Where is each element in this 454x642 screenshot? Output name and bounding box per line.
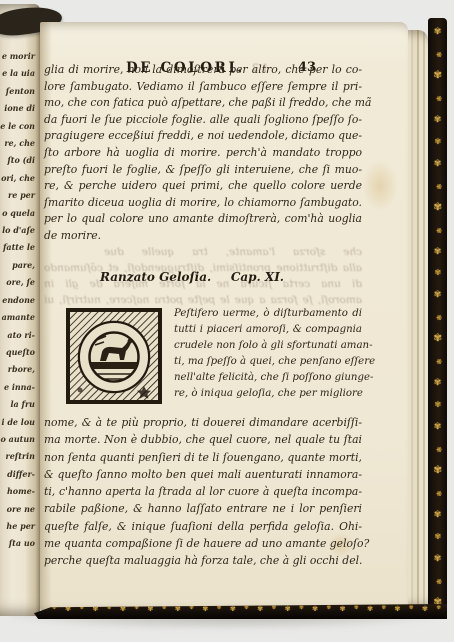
page-fragment-line: reſtrin [0, 448, 35, 465]
text-line: pragiugere ecceßiui freddi, e noi uedend… [44, 128, 362, 145]
gilt-ornament: ✾ [434, 423, 442, 432]
gilt-ornament: ✾ [434, 138, 441, 146]
page-fragment-line: he per [0, 518, 35, 535]
gilt-ornament: ✾ [381, 606, 386, 612]
page-stain [362, 160, 398, 212]
gilt-ornament: ✾ [434, 270, 441, 278]
gilt-ornament: ✾ [433, 71, 442, 81]
gilt-ornament: ✾ [395, 606, 401, 613]
text-line: me quanta compaßione ſi de hauere ad uno… [44, 535, 362, 552]
text-line: & queſto ſanno molto ben quei mali auent… [44, 466, 362, 483]
text-line: rabile paßione, & hanno laſſato entrare … [44, 500, 362, 517]
page-fragment-line: ore, ſe [0, 274, 35, 291]
text-line: perche queſta maluaggia hà forza tale, c… [44, 552, 362, 569]
gilt-ornament: ✾ [422, 606, 428, 613]
page-fragment-line: ione di [0, 100, 35, 117]
page-fragment-line: rbore, [0, 361, 35, 378]
gilt-ornament: ✾ [434, 511, 442, 520]
text-line: de morire. [44, 228, 362, 245]
text-line: lore ſambugato. Vediamo il ſambuco eſſer… [44, 79, 362, 96]
chapter-heading-title: Ranzato Geloſia. [100, 270, 211, 284]
gilt-ornament: ✾ [434, 491, 441, 497]
text-line: ſto arbore hà uoglia di morire. perch'à … [44, 145, 362, 162]
text-line: per lo qual colore uno amante dimoſtrerà… [44, 211, 362, 228]
page-fragment-line: e morir [0, 48, 35, 65]
page-fragment-line: home- [0, 483, 35, 500]
page-fragment-line: endone [0, 292, 35, 309]
fore-edge-pages [408, 30, 428, 608]
gilt-ornament: ✾ [299, 606, 304, 612]
gilt-ornament: ✾ [340, 606, 346, 613]
text-line: da fuori le ſue picciole foglie. alle qu… [44, 112, 362, 129]
gilt-ornament: ✾ [433, 203, 442, 213]
gilt-ornament: ✾ [189, 606, 194, 612]
gilt-ornament: ✾ [434, 315, 441, 321]
gilt-ornament: ✾ [434, 533, 441, 541]
book-photo: e morire la uiaſentonione die le conre, … [0, 0, 454, 642]
gilt-ornament: ✾ [434, 402, 441, 410]
page-fragment-line: e la uia [0, 65, 35, 82]
gilt-ornament: ✾ [230, 606, 236, 613]
page-fragment-line: ſta uo [0, 535, 35, 552]
main-page: DE COLORI. 1 2 43 glia di morire, non la… [40, 22, 408, 610]
gilt-ornament: ✾ [162, 606, 167, 612]
left-page-edge: e morire la uiaſentonione die le conre, … [0, 4, 40, 616]
gilt-ornament: ✾ [434, 116, 442, 125]
gilt-ornament: ✾ [434, 52, 441, 58]
page-fragment-line: e inna- [0, 379, 35, 396]
gilt-ornament: ✾ [257, 606, 263, 613]
page-fragment-line: o autun [0, 431, 35, 448]
paragraph-gelosia: O [44, 306, 362, 570]
gilt-ornament: ✾ [217, 606, 222, 612]
page-fragment-line: ſto (di [0, 152, 35, 169]
paragraph-gelosia-full-lines: nome, & à te più proprio, ti douerei dim… [44, 414, 362, 570]
page-fragment-line: amante [0, 309, 35, 326]
page-fragment-line: ſenton [0, 83, 35, 100]
gilt-cover-edge-right: ✾✾✾✾✾✾✾✾✾✾✾✾✾✾✾✾✾✾✾✾✾✾✾✾✾✾✾ [428, 18, 447, 618]
gilt-ornament: ✾ [434, 447, 441, 453]
page-fragment-line: differ- [0, 466, 35, 483]
gilt-ornament: ✾ [434, 248, 442, 257]
paragraph-sambugato: glia di morire, non la dimoſtrerà per al… [44, 62, 362, 245]
page-fragment-line: re per [0, 187, 35, 204]
gilt-ornament: ✾ [434, 160, 442, 169]
text-line: glia di morire, non la dimoſtrerà per al… [44, 62, 362, 79]
gilt-ornament: ✾ [202, 606, 208, 613]
page-fragment-line: i de lou [0, 414, 35, 431]
left-page-text-fragments: e morire la uiaſentonione die le conre, … [0, 48, 35, 553]
page-fragment-line: fatte le [0, 239, 35, 256]
gilt-ornament: ✾ [120, 606, 126, 613]
gilt-ornament: ✾ [434, 379, 442, 388]
gilt-ornament: ✾ [434, 227, 441, 233]
bleedthrough-line: amoroſi, ſe forza a que le peſte potra n… [44, 294, 362, 306]
page-fragment-line: queſto [0, 344, 35, 361]
gilt-ornament: ✾ [312, 606, 318, 613]
text-line: preſto fuori le foglie, & ſpeſſo gli int… [44, 162, 362, 179]
text-line: queſte falſe, & inique ſuaſioni della pe… [44, 518, 362, 535]
gilt-ornament: ✾ [434, 578, 441, 584]
gilt-ornament: ✾ [285, 606, 291, 613]
gilt-ornament: ✾ [409, 606, 414, 612]
gilt-ornament: ✾ [434, 555, 442, 564]
gilt-ornament: ✾ [272, 606, 277, 612]
gilt-ornament: ✾ [433, 335, 442, 345]
gilt-ornament: ✾ [434, 291, 442, 300]
gilt-ornament: ✾ [433, 466, 442, 476]
page-fragment-line: o quela [0, 205, 35, 222]
page-fragment-line: e le con [0, 118, 35, 135]
gilt-ornament: ✾ [93, 606, 99, 613]
text-line: ti, c'hanno aperta la ſtrada al lor cuor… [44, 483, 362, 500]
page-fragment-line: pare, [0, 257, 35, 274]
gilt-ornament: ✾ [436, 606, 441, 612]
text-line: re, & perche uidero quei primi, che quel… [44, 178, 362, 195]
chapter-heading-number: Cap. XI. [231, 270, 284, 284]
gilt-ornament: ✾ [107, 606, 112, 612]
bleedthrough-line: che sforza l'amante, tra quelle due [104, 246, 362, 258]
text-line: non ſenta quanti penſieri di te li ſouen… [44, 449, 362, 466]
chapter-heading: Ranzato Geloſia. Cap. XI. [100, 270, 284, 284]
page-fragment-line: lo d'aſe [0, 222, 35, 239]
gilt-ornament: ✾ [327, 606, 332, 612]
page-fragment-line: ori, che [0, 170, 35, 187]
gilt-ornament: ✾ [434, 95, 441, 101]
gilt-ornament: ✾ [147, 606, 153, 613]
gilt-ornament: ✾ [175, 606, 181, 613]
gilt-ornament: ✾ [134, 606, 139, 612]
text-line: ma morte. Non è dubbio, che quel cuore, … [44, 431, 362, 448]
gilt-ornament: ✾ [244, 606, 249, 612]
page-fragment-line: ato ri- [0, 327, 35, 344]
page-fragment-line: ore ne [0, 501, 35, 518]
gilt-ornament: ✾ [354, 606, 359, 612]
gilt-ornament: ✾ [434, 183, 441, 189]
gilt-ornament: ✾ [434, 359, 441, 365]
text-line: mo, che con fatica può aſpettare, che pa… [44, 95, 362, 112]
gilt-ornament: ✾ [367, 606, 373, 613]
initial-letter-woodcut: O [66, 308, 162, 404]
text-line: nome, & à te più proprio, ti douerei dim… [44, 414, 362, 431]
page-fragment-line: re, che [0, 135, 35, 152]
woodcut-o-graphic [66, 308, 162, 404]
text-line: ſmarito diceua uoglia di morire, lo chia… [44, 195, 362, 212]
page-fragment-line: la fru [0, 396, 35, 413]
gilt-ornament: ✾ [434, 28, 442, 37]
